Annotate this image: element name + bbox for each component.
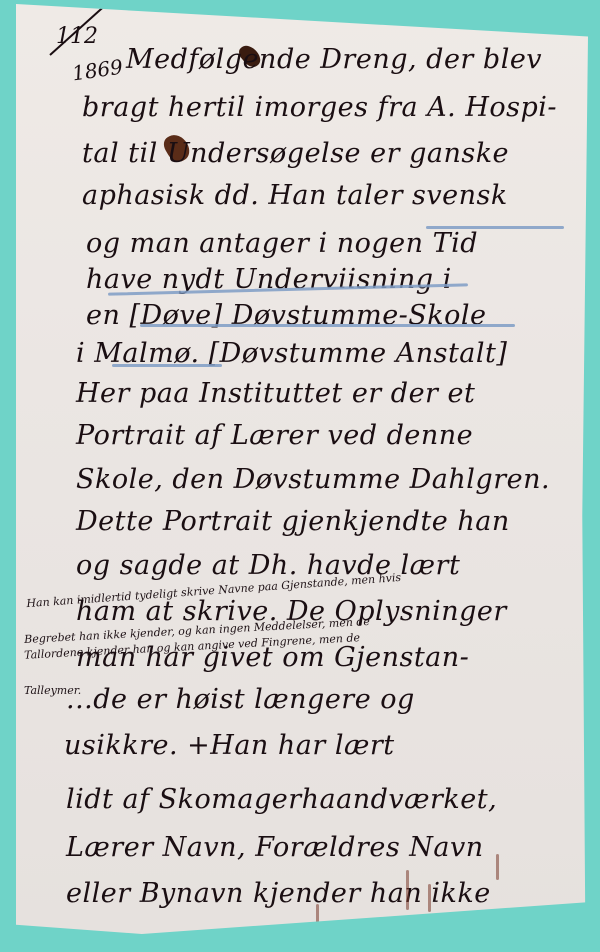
text-line: ...de er høist længere og — [66, 684, 415, 715]
text-line: aphasisk dd. Han taler svensk — [82, 180, 508, 211]
folio-year: 1869 — [71, 55, 125, 86]
text-line: man har givet om Gjenstan- — [76, 642, 469, 673]
text-line: Dette Portrait gjenkjendte han — [76, 506, 510, 537]
text-line: og man antager i nogen Tid — [86, 228, 478, 259]
blue-underline — [140, 324, 515, 327]
ink-drip-stain — [406, 870, 409, 910]
text-line: Medfølgende Dreng, der blev — [126, 44, 542, 75]
text-line: Portrait af Lærer ved denne — [76, 420, 473, 451]
text-line: lidt af Skomagerhaandværket, — [66, 784, 497, 815]
text-line: bragt hertil imorges fra A. Hospi- — [82, 92, 557, 123]
text-line: Lærer Navn, Forældres Navn — [66, 832, 484, 863]
text-line: usikkre. +Han har lært — [64, 730, 395, 761]
blue-underline — [112, 364, 222, 367]
text-line: og sagde at Dh. havde lært — [76, 550, 460, 581]
ink-drip-stain — [496, 854, 499, 880]
text-line: Skole, den Døvstumme Dahlgren. — [76, 464, 550, 495]
text-line: Her paa Instituttet er der et — [76, 378, 475, 409]
ink-drip-stain — [428, 884, 431, 912]
manuscript-page: 112 1869 Medfølgende Dreng, der blev bra… — [16, 4, 588, 934]
text-line: eller Bynavn kjender han ikke — [66, 878, 491, 909]
text-line: tal til Undersøgelse er ganske — [82, 138, 509, 169]
ink-drip-stain — [316, 904, 319, 934]
